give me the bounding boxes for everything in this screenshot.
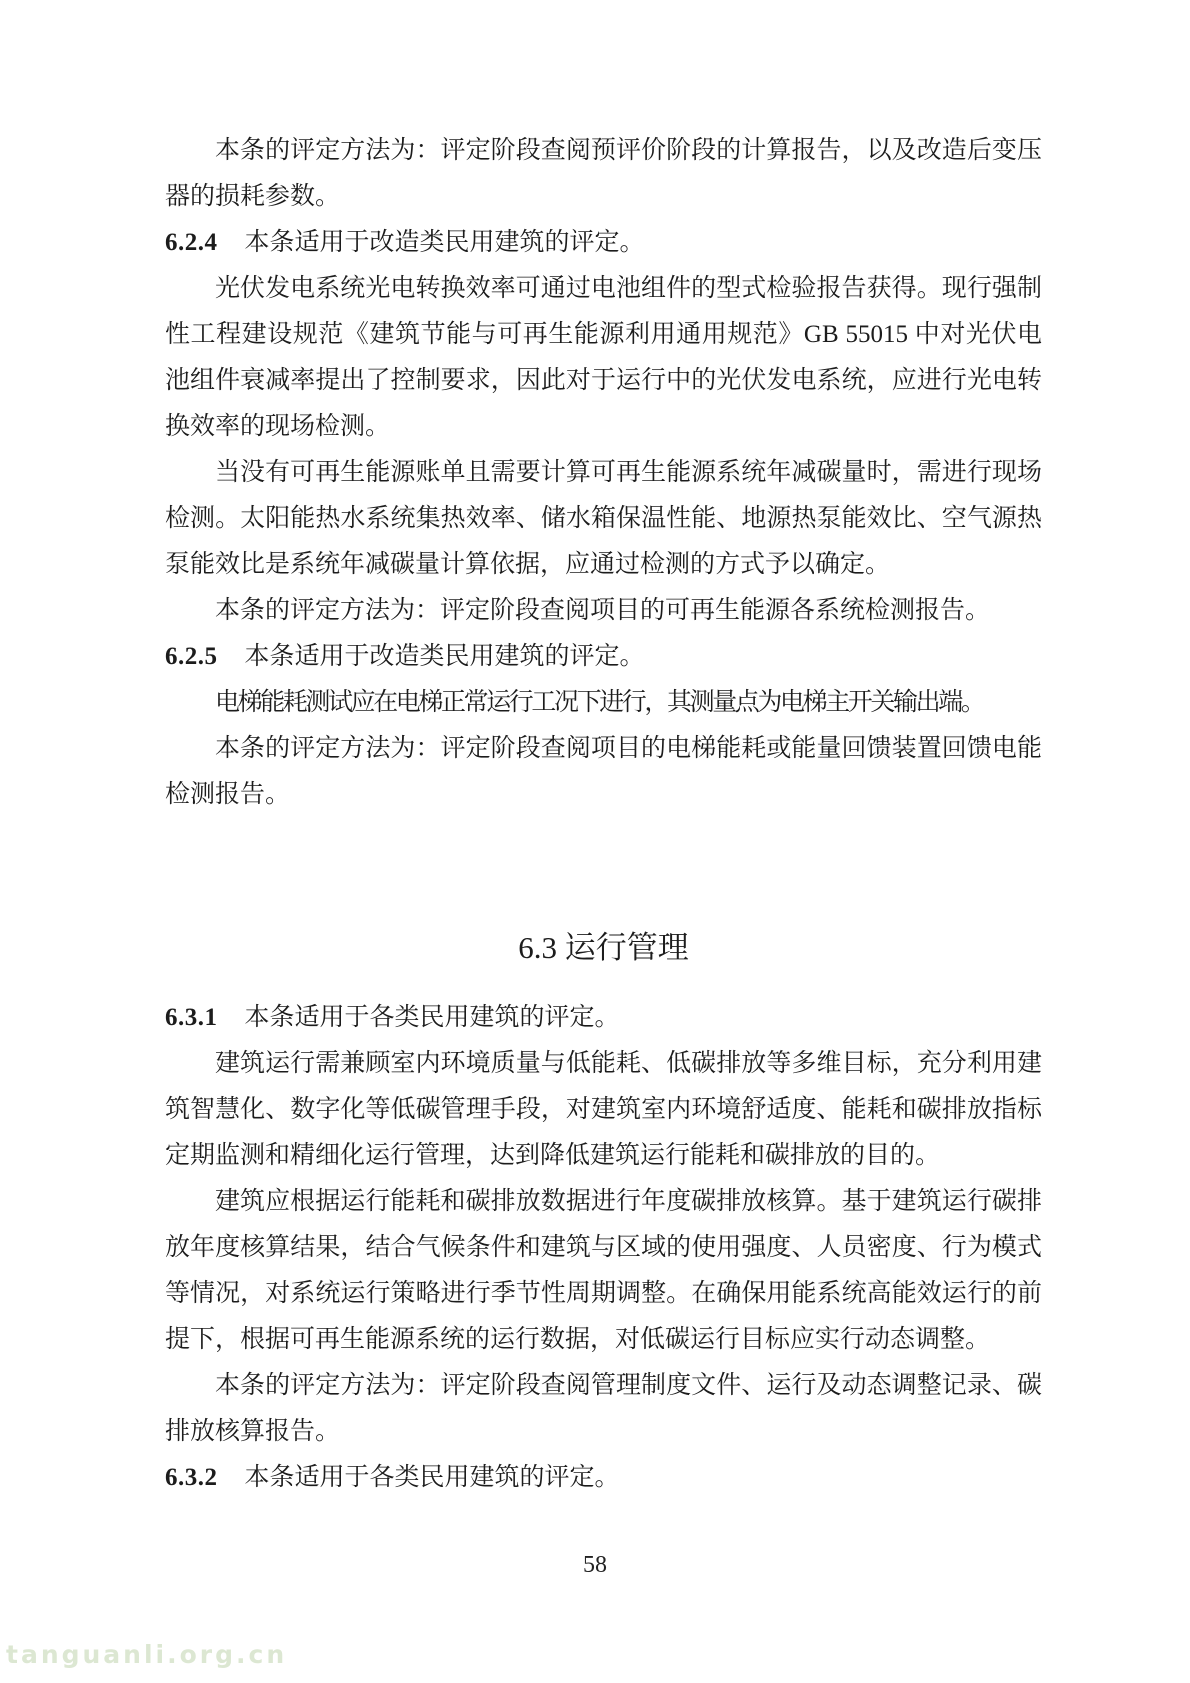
clause-paragraph: 6.3.2本条适用于各类民用建筑的评定。 — [165, 1455, 1042, 1501]
clause-paragraph: 6.3.1本条适用于各类民用建筑的评定。 — [165, 995, 1042, 1041]
paragraph: 光伏发电系统光电转换效率可通过电池组件的型式检验报告获得。现行强制性工程建设规范… — [165, 266, 1042, 450]
paragraph: 本条的评定方法为：评定阶段查阅项目的可再生能源各系统检测报告。 — [165, 588, 1042, 634]
paragraph: 电梯能耗测试应在电梯正常运行工况下进行，其测量点为电梯主开关输出端。 — [165, 680, 1042, 726]
watermark: tanguanli.org.cn — [6, 1640, 287, 1669]
page-number: 58 — [0, 1552, 1190, 1579]
paragraph: 本条的评定方法为：评定阶段查阅预评价阶段的计算报告，以及改造后变压器的损耗参数。 — [165, 128, 1042, 220]
paragraph: 建筑运行需兼顾室内环境质量与低能耗、低碳排放等多维目标，充分利用建筑智慧化、数字… — [165, 1041, 1042, 1179]
paragraph: 建筑应根据运行能耗和碳排放数据进行年度碳排放核算。基于建筑运行碳排放年度核算结果… — [165, 1179, 1042, 1363]
clause-number: 6.3.2 — [165, 1464, 218, 1491]
clause-text: 本条适用于改造类民用建筑的评定。 — [245, 643, 645, 670]
paragraph: 当没有可再生能源账单且需要计算可再生能源系统年减碳量时，需进行现场检测。太阳能热… — [165, 450, 1042, 588]
paragraph: 本条的评定方法为：评定阶段查阅项目的电梯能耗或能量回馈装置回馈电能检测报告。 — [165, 726, 1042, 818]
paragraph: 本条的评定方法为：评定阶段查阅管理制度文件、运行及动态调整记录、碳排放核算报告。 — [165, 1363, 1042, 1455]
clause-text: 本条适用于各类民用建筑的评定。 — [245, 1464, 620, 1491]
document-page: 本条的评定方法为：评定阶段查阅预评价阶段的计算报告，以及改造后变压器的损耗参数。… — [0, 0, 1190, 1683]
clause-number: 6.2.5 — [165, 643, 218, 670]
clause-text: 本条适用于改造类民用建筑的评定。 — [245, 229, 645, 256]
clause-paragraph: 6.2.5本条适用于改造类民用建筑的评定。 — [165, 634, 1042, 680]
clause-number: 6.3.1 — [165, 1004, 218, 1031]
clause-text: 本条适用于各类民用建筑的评定。 — [245, 1004, 620, 1031]
document-content: 本条的评定方法为：评定阶段查阅预评价阶段的计算报告，以及改造后变压器的损耗参数。… — [165, 128, 1042, 1501]
clause-paragraph: 6.2.4本条适用于改造类民用建筑的评定。 — [165, 220, 1042, 266]
clause-number: 6.2.4 — [165, 229, 218, 256]
section-heading: 6.3 运行管理 — [165, 923, 1042, 973]
